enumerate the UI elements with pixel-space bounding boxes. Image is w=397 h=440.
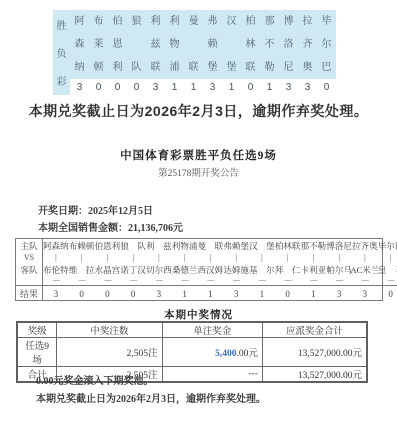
team-name-vertical: 布 莱 顿 (89, 10, 108, 79)
team-name-char: 联 (246, 56, 256, 79)
shengfucai-results-table: 胜 负 彩 阿 森 纳 3 布 莱 顿 0 (53, 10, 336, 95)
team-name-vertical: 利 兹 联 (146, 10, 165, 79)
match-result-cell: 1 (172, 285, 198, 300)
team-name-char: 堡 (208, 56, 218, 79)
team-result-column: 拉 齐 奥 3 (298, 10, 317, 95)
vs-mark: | (287, 253, 289, 264)
team-result-cell: 3 (279, 79, 298, 95)
separator-dashes: ----- (233, 277, 240, 285)
team-name-vertical: 博 洛 尼 (279, 10, 298, 79)
rollover-line: 0.00元奖金滚入下期奖池。 (36, 372, 154, 387)
team-name-char: 顿 (94, 56, 104, 79)
team-name-char: 赖 (208, 33, 218, 56)
team-name-vertical: 拉 齐 奥 (298, 10, 317, 79)
team-name-char: 浦 (170, 56, 180, 79)
prize-header-count: 中奖注数 (57, 322, 162, 338)
announcement-subtitle: 第25178期开奖公告 (0, 165, 397, 179)
home-team-cell: 汉 堡 (249, 239, 275, 253)
team-name-vertical: 那 不 勒 (260, 10, 279, 79)
single-prize-amount: 5,400 (215, 349, 236, 359)
team-result-cell: 0 (127, 79, 146, 95)
team-name-char: 曼 (189, 10, 199, 33)
winner-count-cell: 2,505注 (57, 338, 162, 367)
match-result-cell: 1 (249, 285, 275, 300)
match-result-cell: 3 (146, 285, 172, 300)
separator-dashes: ----- (336, 277, 343, 285)
team-result-cell: 1 (222, 79, 241, 95)
separator-dashes: ----- (78, 277, 85, 285)
match-column: 毕尔巴 | 皇 马 ----- 0 (378, 239, 397, 300)
prize-section-title: 本期中奖情况 (0, 307, 397, 322)
sales-amount-line: 本期全国销售金额：21,136,706元 (38, 219, 183, 234)
match-result-cell: 3 (223, 285, 249, 300)
shengfucai-label-char: 彩 (57, 73, 67, 88)
total-prize-cell: 13,527,000.00元 (262, 338, 367, 367)
match-table-header-column: 主队 VS 客队 结果 (16, 239, 43, 300)
single-prize-cell: 5,400.00元 (162, 338, 262, 367)
team-result-column: 利 兹 联 3 (146, 10, 165, 95)
team-name-char: 毕 (322, 10, 332, 33)
team-result-cell: 1 (165, 79, 184, 95)
team-name-char: 伯 (113, 10, 123, 33)
separator-dashes: ----- (207, 277, 214, 285)
prize-level-cell: 任选9场 (17, 338, 57, 367)
match-result-cell: 1 (198, 285, 224, 300)
home-team-cell: 曼 联 (198, 239, 224, 253)
home-team-cell: 利物浦 (172, 239, 198, 253)
team-result-column: 毕 尔 巴 0 (317, 10, 336, 95)
separator-dashes: ----- (259, 277, 266, 285)
team-result-cell: 0 (317, 79, 336, 95)
match-column: 阿森纳 | 布伦特 ----- 3 (43, 239, 69, 300)
match-column: 那不勒 | 卡利亚 ----- 1 (301, 239, 327, 300)
draw-date-line: 开奖日期：2025年12月5日 (38, 202, 153, 217)
team-result-column: 柏 林 联 0 (241, 10, 260, 95)
vs-mark: | (184, 253, 186, 264)
team-name-char: 利 (151, 10, 161, 33)
team-name-char: 洛 (284, 33, 294, 56)
team-result-column: 阿 森 纳 3 (70, 10, 89, 95)
prize-header-total: 应派奖金合计 (262, 322, 367, 338)
shengfucai-label-char: 负 (57, 45, 67, 60)
team-name-char: 那 (265, 10, 275, 33)
separator-dashes: ----- (130, 277, 137, 285)
team-name-char: 尼 (284, 56, 294, 79)
team-result-column: 博 洛 尼 3 (279, 10, 298, 95)
prize-header-single: 单注奖金 (162, 322, 262, 338)
single-prize-placeholder: --- (162, 367, 262, 383)
team-result-cell: 0 (241, 79, 260, 95)
separator-dashes: ----- (181, 277, 188, 285)
team-name-char: 队 (132, 56, 142, 79)
team-name-char: 恩 (113, 33, 123, 56)
team-name-char: 莱 (94, 33, 104, 56)
redeem-deadline-footer: 本期兑奖截止日为2026年2月3日，逾期作弃奖处理。 (36, 390, 266, 405)
team-name-char: 博 (284, 10, 294, 33)
match-result-cell: 3 (43, 285, 69, 300)
match-result-cell: 0 (378, 285, 397, 300)
team-name-char: 拉 (303, 10, 313, 33)
home-team-cell: 那不勒 (301, 239, 327, 253)
team-name-char: 物 (170, 33, 180, 56)
lottery-announcement-page: 胜 负 彩 阿 森 纳 3 布 莱 顿 0 (0, 0, 397, 440)
home-team-cell: 拉齐奥 (352, 239, 378, 253)
team-name-vertical: 曼 联 (184, 10, 203, 79)
team-result-cell: 0 (89, 79, 108, 95)
redeem-deadline-banner: 本期兑奖截止日为2026年2月3日，逾期作弃奖处理。 (0, 101, 397, 121)
home-team-cell: 伯恩利 (95, 239, 121, 253)
team-name-char: 奥 (303, 56, 313, 79)
separator-dashes: ----- (362, 277, 369, 285)
team-result-cell: 1 (260, 79, 279, 95)
home-team-cell: 利 兹 (146, 239, 172, 253)
team-columns: 阿 森 纳 3 布 莱 顿 0 伯 恩 利 0 (70, 10, 336, 95)
match-result-cell: 1 (301, 285, 327, 300)
team-result-column: 利 物 浦 1 (165, 10, 184, 95)
match-column: 拉齐奥 | AC米兰 ----- 3 (352, 239, 378, 300)
team-result-cell: 3 (298, 79, 317, 95)
separator-dashes: ----- (104, 277, 111, 285)
team-name-vertical: 柏 林 联 (241, 10, 260, 79)
total-prize-cell: 13,527,000.00元 (262, 367, 367, 383)
team-name-vertical: 阿 森 纳 (70, 10, 89, 79)
vs-mark: | (210, 253, 212, 264)
home-team-cell: 弗赖堡 (223, 239, 249, 253)
prize-header-level: 奖级 (17, 322, 57, 338)
vs-mark: | (313, 253, 315, 264)
match-column: 博洛尼 | 帕尔马 ----- 3 (326, 239, 352, 300)
team-result-cell: 3 (146, 79, 165, 95)
team-result-cell: 3 (70, 79, 89, 95)
match-column: 汉 堡 | 基 尔 ----- 1 (249, 239, 275, 300)
match-result-cell: 0 (69, 285, 95, 300)
vs-mark: | (55, 253, 57, 264)
team-name-char: 弗 (208, 10, 218, 33)
team-name-char: 利 (170, 10, 180, 33)
home-team-cell: 毕尔巴 (378, 239, 397, 253)
team-result-column: 汉 堡 1 (222, 10, 241, 95)
team-name-vertical: 狼 队 (127, 10, 146, 79)
vs-mark: | (390, 253, 392, 264)
vs-mark: | (261, 253, 263, 264)
team-name-char: 森 (75, 33, 85, 56)
result-row-label: 结果 (16, 285, 42, 300)
match-column: 弗赖堡 | 达姆施 ----- 3 (223, 239, 249, 300)
home-team-cell: 柏林联 (275, 239, 301, 253)
team-result-column: 那 不 勒 1 (260, 10, 279, 95)
team-result-cell: 1 (184, 79, 203, 95)
match-table: 主队 VS 客队 结果 阿森纳 | 布伦特 ----- 3 布赖顿 | 维 拉 … (15, 238, 383, 301)
match-column: 利 兹 | 切尔西 ----- 3 (146, 239, 172, 300)
team-name-char: 堡 (227, 56, 237, 79)
team-name-char: 尔 (322, 33, 332, 56)
team-name-char: 联 (151, 56, 161, 79)
match-result-cell: 0 (120, 285, 146, 300)
team-result-cell: 3 (203, 79, 222, 95)
team-name-char: 柏 (246, 10, 256, 33)
match-column: 狼 队 | 诺丁汉 ----- 0 (120, 239, 146, 300)
separator-dashes: ----- (284, 277, 291, 285)
team-name-vertical: 毕 尔 巴 (317, 10, 336, 79)
home-team-cell: 布赖顿 (69, 239, 95, 253)
prize-table-header-row: 奖级 中奖注数 单注奖金 应派奖金合计 (17, 322, 367, 338)
separator-dashes: ----- (156, 277, 163, 285)
match-column: 伯恩利 | 水晶宫 ----- 0 (95, 239, 121, 300)
shengfucai-label-char: 胜 (57, 17, 67, 32)
team-name-vertical: 汉 堡 (222, 10, 241, 79)
home-team-cell: 博洛尼 (326, 239, 352, 253)
team-name-char: 汉 (227, 10, 237, 33)
match-result-cell: 3 (326, 285, 352, 300)
match-column: 曼 联 | 西汉姆 ----- 1 (198, 239, 224, 300)
home-team-cell: 狼 队 (120, 239, 146, 253)
team-name-char: 纳 (75, 56, 85, 79)
match-column: 利物浦 | 桑德兰 ----- 1 (172, 239, 198, 300)
vs-mark: | (107, 253, 109, 264)
team-name-vertical: 伯 恩 利 (108, 10, 127, 79)
team-name-char: 勒 (265, 56, 275, 79)
single-prize-suffix: .00元 (237, 349, 258, 359)
separator-dashes: ----- (53, 277, 60, 285)
team-result-column: 布 莱 顿 0 (89, 10, 108, 95)
team-name-char: 联 (189, 56, 199, 79)
vs-mark: | (81, 253, 83, 264)
home-team-cell: 阿森纳 (43, 239, 69, 253)
vs-mark: | (132, 253, 134, 264)
match-column: 布赖顿 | 维 拉 ----- 0 (69, 239, 95, 300)
match-result-cell: 0 (95, 285, 121, 300)
team-name-char: 巴 (322, 56, 332, 79)
prize-row-renxuan9: 任选9场 2,505注 5,400.00元 13,527,000.00元 (17, 338, 367, 367)
team-name-char: 齐 (303, 33, 313, 56)
team-name-char: 林 (246, 33, 256, 56)
team-result-column: 伯 恩 利 0 (108, 10, 127, 95)
team-name-char: 布 (94, 10, 104, 33)
match-result-cell: 3 (352, 285, 378, 300)
match-columns: 阿森纳 | 布伦特 ----- 3 布赖顿 | 维 拉 ----- 0 伯恩利 … (43, 239, 397, 300)
home-row-label: 主队 (20, 239, 37, 253)
team-result-cell: 0 (108, 79, 127, 95)
vs-mark: | (158, 253, 160, 264)
team-name-vertical: 弗 赖 堡 (203, 10, 222, 79)
team-name-char: 兹 (151, 33, 161, 56)
shengfucai-label-cell: 胜 负 彩 (53, 10, 70, 95)
team-name-char: 不 (265, 33, 275, 56)
team-name-vertical: 利 物 浦 (165, 10, 184, 79)
team-result-column: 弗 赖 堡 3 (203, 10, 222, 95)
team-name-char: 狼 (132, 10, 142, 33)
separator-dashes: ----- (310, 277, 317, 285)
match-result-cell: 0 (275, 285, 301, 300)
separator-dashes: ----- (387, 277, 394, 285)
team-name-char: 利 (113, 56, 123, 79)
vs-mark: | (338, 253, 340, 264)
team-result-column: 狼 队 0 (127, 10, 146, 95)
team-name-char: 阿 (75, 10, 85, 33)
vs-mark: | (364, 253, 366, 264)
match-column: 柏林联 | 拜 仁 ----- 0 (275, 239, 301, 300)
team-result-column: 曼 联 1 (184, 10, 203, 95)
away-row-label: 客队 (20, 264, 37, 277)
vs-mark: | (235, 253, 237, 264)
announcement-title: 中国体育彩票胜平负任选9场 (0, 147, 397, 163)
vs-row-label: VS (24, 253, 34, 264)
